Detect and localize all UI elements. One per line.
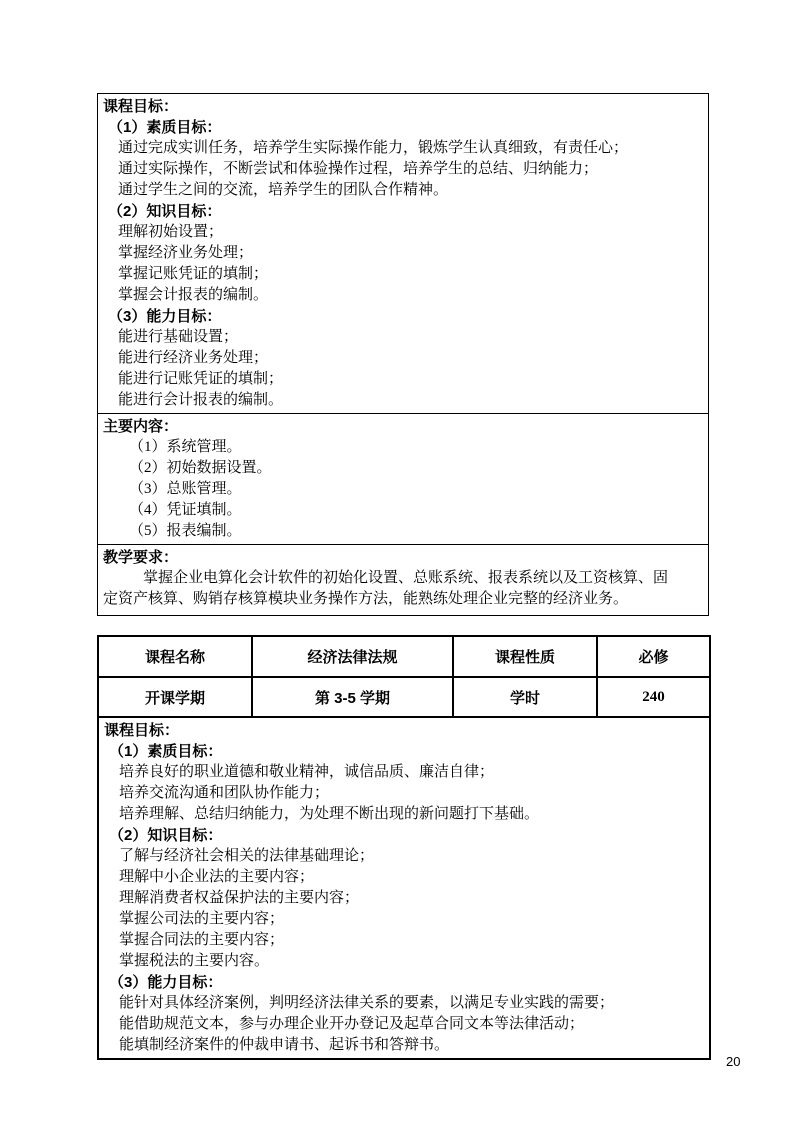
teaching-requirements-heading: 教学要求： [98,547,708,568]
course-nature-label: 课程性质 [453,636,597,677]
goal-item: 能进行记账凭证的填制； [98,369,708,390]
goal-item: 能进行基础设置； [98,327,708,348]
semester-value: 第 3-5 学期 [252,677,453,717]
table-row: 课程目标： （1）素质目标： 培养良好的职业道德和敬业精神，诚信品质、廉洁自律；… [98,717,710,1059]
goal-item: 能进行经济业务处理； [98,348,708,369]
main-content-heading: 主要内容： [98,416,708,437]
quality-goal-subheading: （1）素质目标： [99,741,709,762]
goal-item: 掌握合同法的主要内容； [99,930,709,951]
goal-item: 能针对具体经济案例，判明经济法律关系的要素，以满足专业实践的需要； [99,993,709,1014]
objectives-heading: 课程目标： [99,720,709,741]
goal-item: 了解与经济社会相关的法律基础理论； [99,846,709,867]
objectives-heading: 课程目标： [98,96,708,117]
course2-objectives-section: 课程目标： （1）素质目标： 培养良好的职业道德和敬业精神，诚信品质、廉洁自律；… [98,717,710,1059]
goal-item: 掌握税法的主要内容。 [99,951,709,972]
table-row: 主要内容： （1）系统管理。 （2）初始数据设置。 （3）总账管理。 （4）凭证… [98,414,709,545]
main-content-item: （5）报表编制。 [98,521,708,542]
goal-item: 通过完成实训任务，培养学生实际操作能力，锻炼学生认真细致，有责任心； [98,138,708,159]
main-content-item: （2）初始数据设置。 [98,458,708,479]
course2-syllabus-table: 课程名称 经济法律法规 课程性质 必修 开课学期 第 3-5 学期 学时 240… [97,635,711,1060]
goal-item: 能填制经济案件的仲裁申请书、起诉书和答辩书。 [99,1035,709,1056]
course-nature-value: 必修 [597,636,710,677]
goal-item: 通过实际操作，不断尝试和体验操作过程，培养学生的总结、归纳能力； [98,159,708,180]
course1-objectives-section: 课程目标： （1）素质目标： 通过完成实训任务，培养学生实际操作能力，锻炼学生认… [98,94,709,414]
goal-item: 能借助规范文本，参与办理企业开办登记及起草合同文本等法律活动； [99,1014,709,1035]
goal-item: 理解消费者权益保护法的主要内容； [99,888,709,909]
main-content-item: （3）总账管理。 [98,479,708,500]
main-content-item: （1）系统管理。 [98,437,708,458]
ability-goal-subheading: （3）能力目标： [98,306,708,327]
goal-item: 掌握公司法的主要内容； [99,909,709,930]
goal-item: 培养交流沟通和团队协作能力； [99,783,709,804]
course1-teaching-requirements-section: 教学要求： 掌握企业电算化会计软件的初始化设置、总账系统、报表系统以及工资核算、… [98,545,709,616]
course-info-row: 课程名称 经济法律法规 课程性质 必修 [98,636,710,677]
hours-value: 240 [597,677,710,717]
goal-item: 通过学生之间的交流，培养学生的团队合作精神。 [98,180,708,201]
goal-item: 能进行会计报表的编制。 [98,390,708,411]
course-info-row: 开课学期 第 3-5 学期 学时 240 [98,677,710,717]
main-content-item: （4）凭证填制。 [98,500,708,521]
goal-item: 理解初始设置； [98,222,708,243]
quality-goal-subheading: （1）素质目标： [98,117,708,138]
document-content: 课程目标： （1）素质目标： 通过完成实训任务，培养学生实际操作能力，锻炼学生认… [97,93,709,1060]
goal-item: 培养理解、总结归纳能力，为处理不断出现的新问题打下基础。 [99,804,709,825]
course1-main-content-section: 主要内容： （1）系统管理。 （2）初始数据设置。 （3）总账管理。 （4）凭证… [98,414,709,545]
goal-item: 理解中小企业法的主要内容； [99,867,709,888]
knowledge-goal-subheading: （2）知识目标： [98,201,708,222]
goal-item: 掌握经济业务处理； [98,243,708,264]
table-row: 教学要求： 掌握企业电算化会计软件的初始化设置、总账系统、报表系统以及工资核算、… [98,545,709,616]
page-number: 20 [726,1054,740,1069]
goal-item: 掌握记账凭证的填制； [98,264,708,285]
goal-item: 培养良好的职业道德和敬业精神，诚信品质、廉洁自律； [99,762,709,783]
table-row: 课程目标： （1）素质目标： 通过完成实训任务，培养学生实际操作能力，锻炼学生认… [98,94,709,414]
hours-label: 学时 [453,677,597,717]
knowledge-goal-subheading: （2）知识目标： [99,825,709,846]
goal-item: 掌握会计报表的编制。 [98,285,708,306]
course1-syllabus-table: 课程目标： （1）素质目标： 通过完成实训任务，培养学生实际操作能力，锻炼学生认… [97,93,709,616]
semester-label: 开课学期 [98,677,252,717]
ability-goal-subheading: （3）能力目标： [99,972,709,993]
course-name-label: 课程名称 [98,636,252,677]
teaching-requirements-paragraph: 掌握企业电算化会计软件的初始化设置、总账系统、报表系统以及工资核算、固定资产核算… [98,568,678,610]
course-name-value: 经济法律法规 [252,636,453,677]
